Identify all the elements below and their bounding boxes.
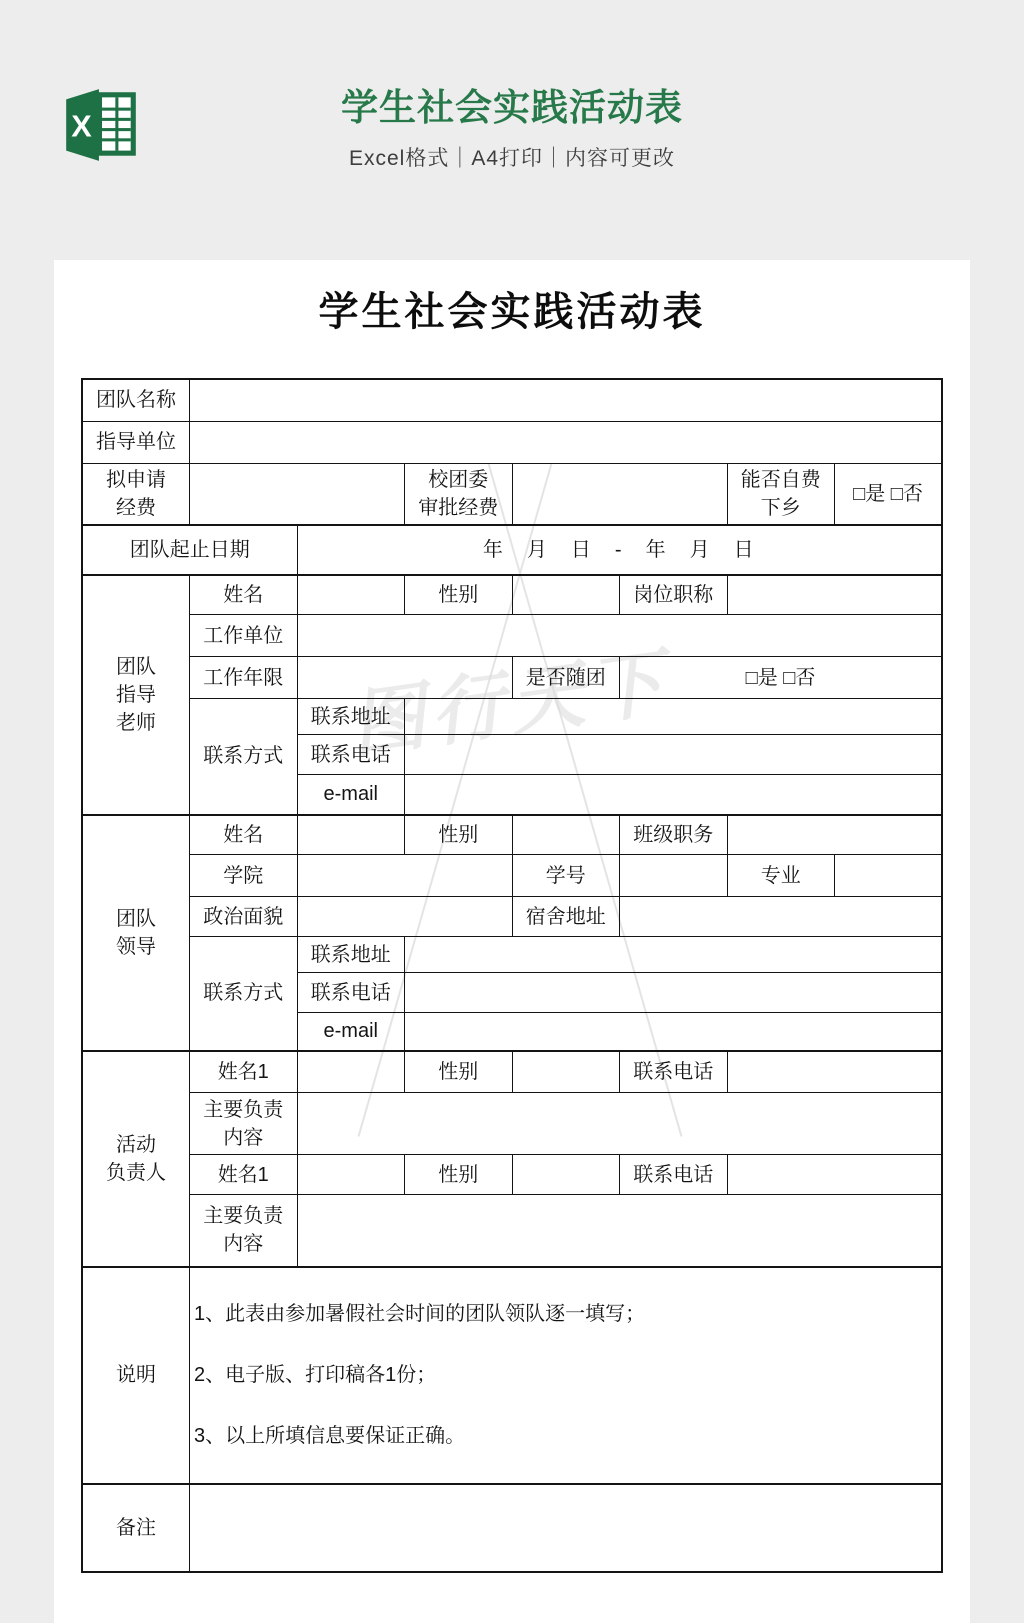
committee-fund-label: 校团委 审批经费 xyxy=(405,463,513,525)
teacher-gender-field[interactable] xyxy=(512,575,620,615)
leader-political-label: 政治面貌 xyxy=(190,897,298,937)
leader-class-post-label: 班级职务 xyxy=(620,815,728,855)
leader-address-field[interactable] xyxy=(405,937,943,973)
manager1-name-field[interactable] xyxy=(297,1051,405,1093)
manager2-phone-label: 联系电话 xyxy=(620,1155,728,1195)
teacher-post-title-label: 岗位职称 xyxy=(620,575,728,615)
leader-college-label: 学院 xyxy=(190,855,298,897)
teacher-address-field[interactable] xyxy=(405,699,943,735)
manager2-duty-label: 主要负责 内容 xyxy=(190,1195,298,1267)
notes-label: 说明 xyxy=(82,1267,190,1484)
leader-dorm-field[interactable] xyxy=(620,897,943,937)
teacher-work-years-field[interactable] xyxy=(297,657,512,699)
leader-gender-label: 性别 xyxy=(405,815,513,855)
manager2-name-label: 姓名1 xyxy=(190,1155,298,1195)
manager2-phone-field[interactable] xyxy=(727,1155,942,1195)
manager2-gender-label: 性别 xyxy=(405,1155,513,1195)
leader-email-field[interactable] xyxy=(405,1013,943,1051)
manager2-gender-field[interactable] xyxy=(512,1155,620,1195)
teacher-contact-label: 联系方式 xyxy=(190,699,298,815)
manager1-phone-label: 联系电话 xyxy=(620,1051,728,1093)
teacher-name-label: 姓名 xyxy=(190,575,298,615)
guide-unit-field[interactable] xyxy=(190,421,943,463)
excel-icon: X xyxy=(58,82,144,168)
svg-text:X: X xyxy=(71,108,92,143)
leader-major-field[interactable] xyxy=(835,855,943,897)
page-header: X 学生社会实践活动表 Excel格式｜A4打印｜内容可更改 xyxy=(0,0,1024,172)
guide-unit-label: 指导单位 xyxy=(82,421,190,463)
teacher-address-label: 联系地址 xyxy=(297,699,405,735)
team-name-label: 团队名称 xyxy=(82,379,190,421)
manager1-duty-field[interactable] xyxy=(297,1093,942,1155)
leader-name-label: 姓名 xyxy=(190,815,298,855)
teacher-email-field[interactable] xyxy=(405,775,943,815)
team-name-field[interactable] xyxy=(190,379,943,421)
leader-political-field[interactable] xyxy=(297,897,512,937)
join-team-label: 是否随团 xyxy=(512,657,620,699)
committee-fund-field[interactable] xyxy=(512,463,727,525)
practice-form-table: 团队名称 指导单位 拟申请 经费 校团委 审批经费 能否自费 下乡 □是 □否 … xyxy=(81,378,943,1573)
teacher-work-years-label: 工作年限 xyxy=(190,657,298,699)
manager2-duty-field[interactable] xyxy=(297,1195,942,1267)
leader-student-no-field[interactable] xyxy=(620,855,728,897)
join-team-checkboxes[interactable]: □是 □否 xyxy=(620,657,943,699)
manager1-name-label: 姓名1 xyxy=(190,1051,298,1093)
self-fund-label: 能否自费 下乡 xyxy=(727,463,835,525)
self-fund-checkboxes[interactable]: □是 □否 xyxy=(835,463,943,525)
apply-fund-field[interactable] xyxy=(190,463,405,525)
teacher-gender-label: 性别 xyxy=(405,575,513,615)
team-dates-label: 团队起止日期 xyxy=(82,525,297,575)
leader-name-field[interactable] xyxy=(297,815,405,855)
page-title: 学生社会实践活动表 xyxy=(0,86,1024,130)
remarks-field[interactable] xyxy=(190,1484,943,1572)
document-card: 图行天下 学生社会实践活动表 团队名称 指导单位 拟申请 经费 校团委 审批经费 xyxy=(54,260,970,1623)
leader-group-label: 团队 领导 xyxy=(82,815,190,1051)
manager1-gender-label: 性别 xyxy=(405,1051,513,1093)
notes-line-1: 1、此表由参加暑假社会时间的团队领队逐一填写； xyxy=(194,1298,937,1331)
leader-phone-field[interactable] xyxy=(405,973,943,1013)
teacher-work-unit-field[interactable] xyxy=(297,615,942,657)
form-title: 学生社会实践活动表 xyxy=(81,288,943,336)
manager2-name-field[interactable] xyxy=(297,1155,405,1195)
teacher-phone-label: 联系电话 xyxy=(297,735,405,775)
leader-email-label: e-mail xyxy=(297,1013,405,1051)
leader-phone-label: 联系电话 xyxy=(297,973,405,1013)
manager1-phone-field[interactable] xyxy=(727,1051,942,1093)
teacher-name-field[interactable] xyxy=(297,575,405,615)
teacher-phone-field[interactable] xyxy=(405,735,943,775)
leader-address-label: 联系地址 xyxy=(297,937,405,973)
teacher-work-unit-label: 工作单位 xyxy=(190,615,298,657)
remarks-label: 备注 xyxy=(82,1484,190,1572)
manager1-gender-field[interactable] xyxy=(512,1051,620,1093)
notes-content: 1、此表由参加暑假社会时间的团队领队逐一填写； 2、电子版、打印稿各1份； 3、… xyxy=(190,1267,943,1484)
notes-line-2: 2、电子版、打印稿各1份； xyxy=(194,1359,937,1392)
teacher-group-label: 团队 指导 老师 xyxy=(82,575,190,815)
teacher-post-title-field[interactable] xyxy=(727,575,942,615)
notes-line-3: 3、以上所填信息要保证正确。 xyxy=(194,1420,937,1453)
leader-gender-field[interactable] xyxy=(512,815,620,855)
team-dates-field[interactable]: 年 月 日 - 年 月 日 xyxy=(297,525,942,575)
leader-college-field[interactable] xyxy=(297,855,512,897)
leader-contact-label: 联系方式 xyxy=(190,937,298,1051)
manager-group-label: 活动 负责人 xyxy=(82,1051,190,1267)
leader-major-label: 专业 xyxy=(727,855,835,897)
apply-fund-label: 拟申请 经费 xyxy=(82,463,190,525)
page-subtitle: Excel格式｜A4打印｜内容可更改 xyxy=(0,142,1024,172)
leader-class-post-field[interactable] xyxy=(727,815,942,855)
manager1-duty-label: 主要负责 内容 xyxy=(190,1093,298,1155)
leader-student-no-label: 学号 xyxy=(512,855,620,897)
leader-dorm-label: 宿舍地址 xyxy=(512,897,620,937)
teacher-email-label: e-mail xyxy=(297,775,405,815)
